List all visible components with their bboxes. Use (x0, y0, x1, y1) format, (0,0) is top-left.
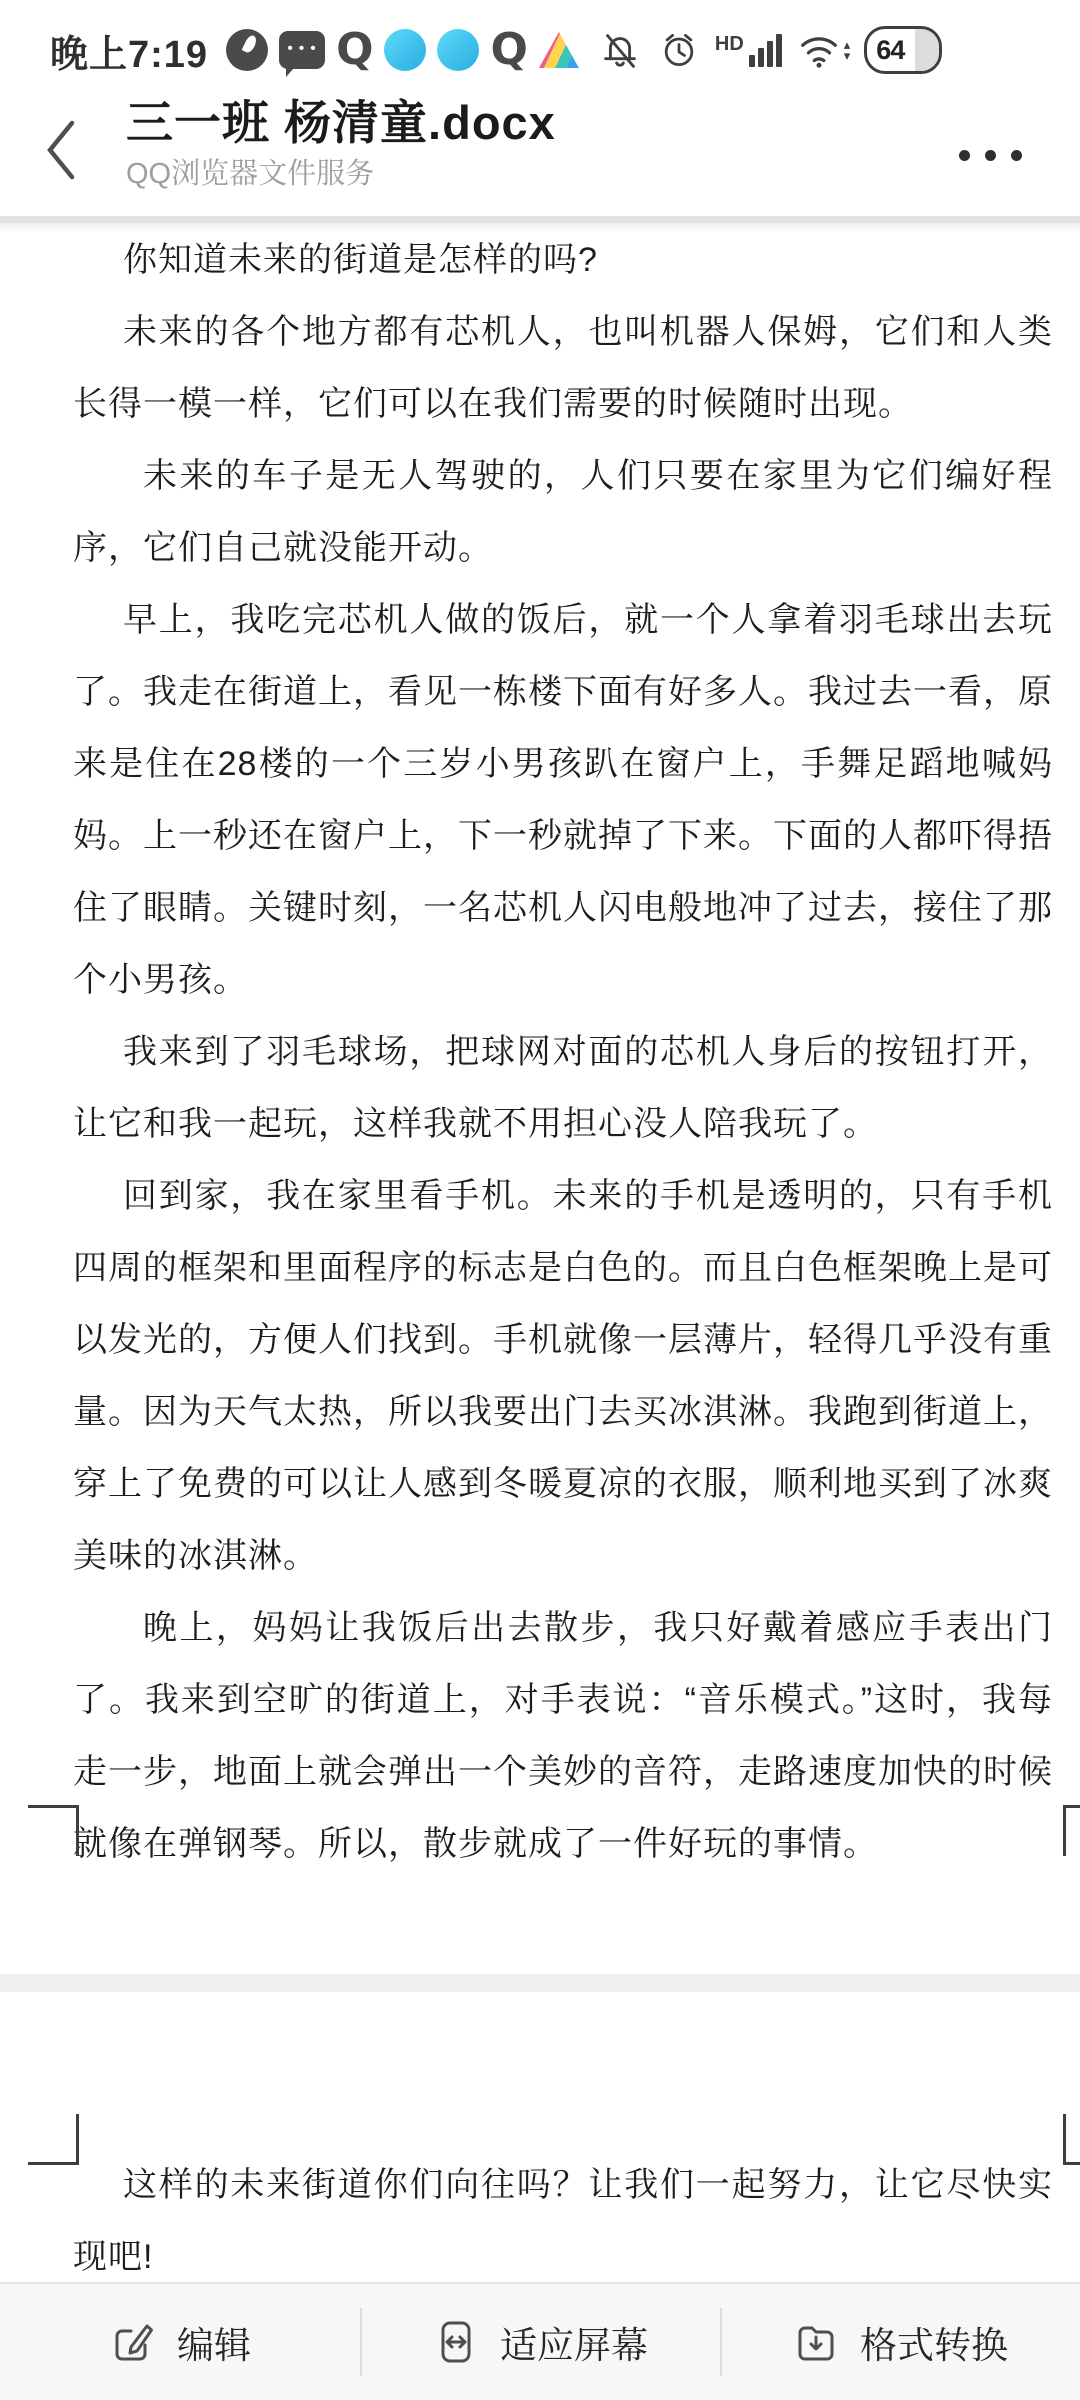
paragraph: 你知道未来的街道是怎样的吗? (0, 224, 1080, 296)
paragraph: 未来的各个地方都有芯机人，也叫机器人保姆，它们和人类长得一模一样，它们可以在我们… (0, 296, 1080, 440)
battery-icon: 64 (864, 26, 942, 74)
wifi-icon: ▴▾ (796, 29, 851, 71)
messages-icon (279, 31, 325, 69)
format-convert-label: 格式转换 (860, 2315, 1008, 2369)
format-convert-button[interactable]: 格式转换 (720, 2284, 1080, 2400)
paragraph: 早上，我吃完芯机人做的饭后，就一个人拿着羽毛球出去玩了。我走在街道上，看见一栋楼… (0, 584, 1080, 1016)
paragraph: 回到家，我在家里看手机。未来的手机是透明的，只有手机四周的框架和里面程序的标志是… (0, 1160, 1080, 1592)
status-bar: 晚上7:19 Q Q HD (0, 22, 1080, 78)
paragraph: 晚上，妈妈让我饭后出去散步，我只好戴着感应手表出门了。我来到空旷的街道上，对手表… (0, 1592, 1080, 1880)
battery-fill (915, 29, 939, 71)
format-convert-icon (792, 2318, 840, 2366)
fit-screen-button[interactable]: 适应屏幕 (360, 2284, 720, 2400)
tim-blue-icon-2 (437, 29, 479, 71)
document-page-2: 这样的未来街道你们向往吗？让我们一起努力，让它尽快实现吧! (0, 2149, 1080, 2293)
qq-browser-icon: Q (336, 28, 373, 72)
document-heading: 三一班 杨清童.docx QQ浏览器文件服务 (126, 92, 556, 194)
qq-browser-icon-2: Q (490, 28, 527, 72)
notification-app-icons: Q Q (226, 28, 579, 72)
system-status-icons: HD ▴▾ 64 (597, 26, 942, 74)
paragraph: 这样的未来街道你们向往吗？让我们一起努力，让它尽快实现吧! (0, 2149, 1080, 2293)
page-title: 三一班 杨清童.docx (126, 92, 556, 154)
hd-badge: HD (715, 34, 744, 54)
more-menu-button[interactable] (959, 150, 1022, 161)
file-service-subtitle: QQ浏览器文件服务 (126, 154, 556, 194)
bottom-toolbar: 编辑 适应屏幕 格式转换 (0, 2282, 1080, 2400)
page1-bottom-left-margin-mark (28, 1805, 79, 1856)
battery-percent: 64 (876, 35, 904, 66)
phone-screen: 晚上7:19 Q Q HD (0, 0, 1080, 2400)
cell-signal-bars (749, 34, 782, 67)
dot-icon (985, 150, 996, 161)
data-arrows-icon: ▴▾ (844, 39, 851, 61)
paragraph: 我来到了羽毛球场，把球网对面的芯机人身后的按钮打开，让它和我一起玩，这样我就不用… (0, 1016, 1080, 1160)
fit-screen-label: 适应屏幕 (500, 2315, 648, 2369)
page1-bottom-right-margin-mark (1063, 1805, 1080, 1856)
header-divider (0, 216, 1080, 223)
alarm-icon (657, 28, 701, 72)
notifications-muted-icon (597, 27, 643, 73)
back-button[interactable] (28, 106, 94, 194)
title-bar: 三一班 杨清童.docx QQ浏览器文件服务 (0, 84, 1080, 216)
dot-icon (959, 150, 970, 161)
dot-icon (1011, 150, 1022, 161)
page-separator (0, 1974, 1080, 1992)
edit-label: 编辑 (177, 2315, 251, 2369)
fit-screen-icon (432, 2318, 480, 2366)
chevron-left-icon (42, 117, 80, 183)
paragraph: 未来的车子是无人驾驶的，人们只要在家里为它们编好程序，它们自己就没能开动。 (0, 440, 1080, 584)
app-swirl-icon (226, 29, 268, 71)
edit-pencil-icon (109, 2318, 157, 2366)
edit-button[interactable]: 编辑 (0, 2284, 360, 2400)
hd-signal-icon: HD (715, 34, 782, 67)
clock-time: 晚上7:19 (50, 23, 208, 78)
prism-triangle-icon (539, 32, 579, 68)
tim-blue-icon (384, 29, 426, 71)
document-page-1: 你知道未来的街道是怎样的吗? 未来的各个地方都有芯机人，也叫机器人保姆，它们和人… (0, 224, 1080, 1880)
